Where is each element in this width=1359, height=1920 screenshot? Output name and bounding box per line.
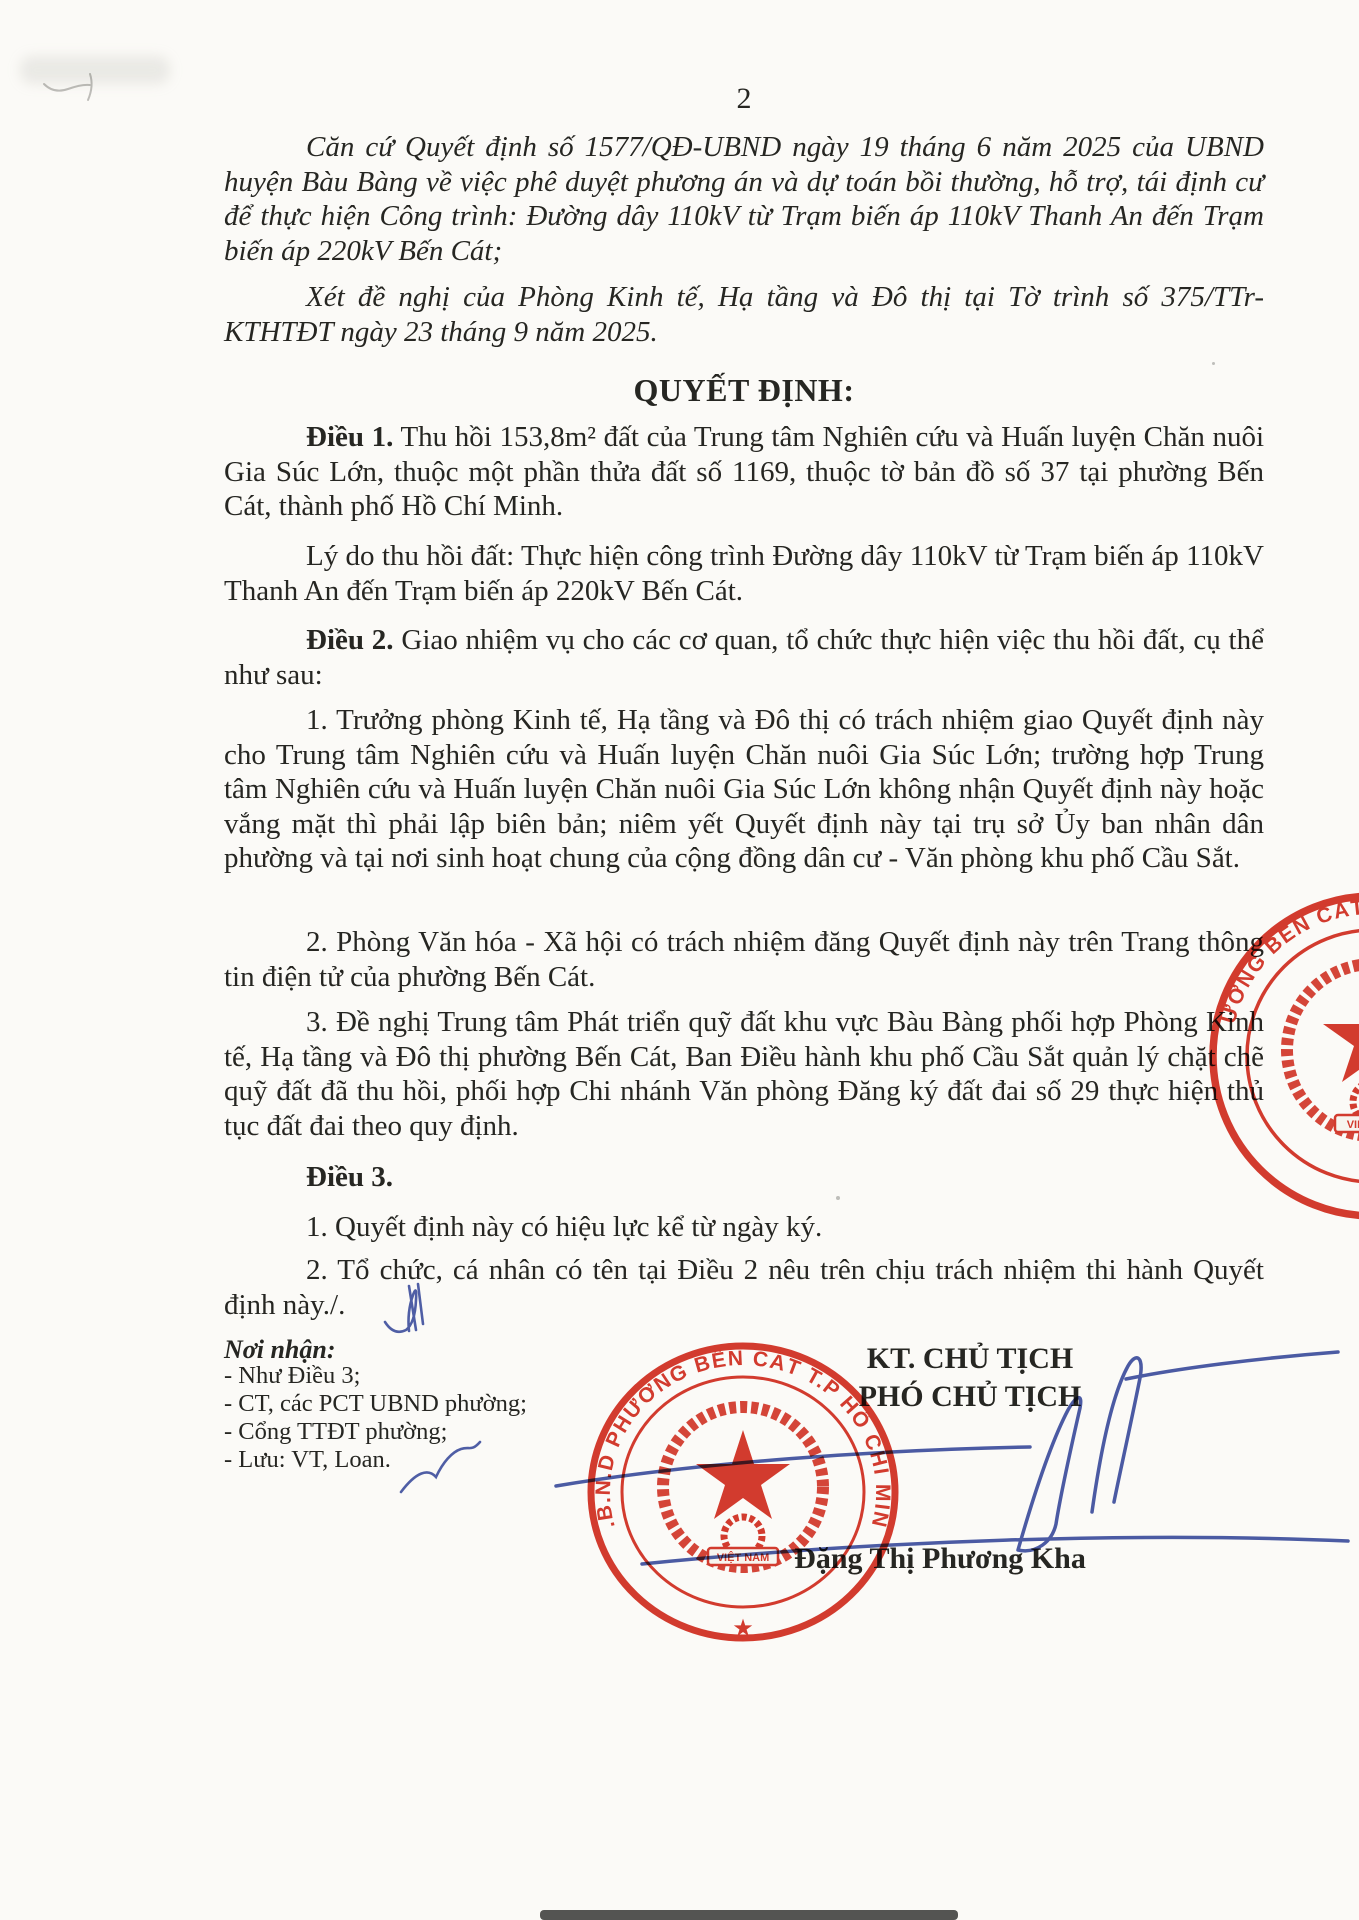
article-3-item-2-text: 2. Tổ chức, cá nhân có tên tại Điều 2 nê… [224, 1254, 1264, 1321]
page-number: 2 [224, 82, 1264, 116]
recipients-label: Nơi nhận: [224, 1335, 336, 1365]
article-1-label: Điều 1. [306, 421, 393, 453]
scan-edge-bar [540, 1910, 958, 1920]
article-1-reason: Lý do thu hồi đất: Thực hiện công trình … [224, 539, 1264, 608]
article-2-item-3: 3. Đề nghị Trung tâm Phát triển quỹ đất … [224, 1005, 1264, 1143]
recipient-item: - Lưu: VT, Loan. [224, 1446, 644, 1474]
article-2-item-1-text: 1. Trưởng phòng Kinh tế, Hạ tầng và Đô t… [224, 704, 1264, 874]
decision-title: QUYẾT ĐỊNH: [224, 372, 1264, 409]
recipient-item: - Cổng TTĐT phường; [224, 1418, 644, 1446]
article-2: Điều 2. Giao nhiệm vụ cho các cơ quan, t… [224, 623, 1264, 692]
preamble-text-1: Căn cứ Quyết định số 1577/QĐ-UBND ngày 1… [224, 131, 1264, 267]
article-2-item-1: 1. Trưởng phòng Kinh tế, Hạ tầng và Đô t… [224, 703, 1264, 876]
signer-name: Đặng Thị Phương Kha [750, 1542, 1130, 1576]
article-3: Điều 3. [224, 1160, 1264, 1195]
stamp-star-icon [696, 1430, 790, 1519]
scan-speck [1212, 362, 1215, 365]
article-2-item-2-text: 2. Phòng Văn hóa - Xã hội có trách nhiệm… [224, 926, 1264, 993]
scan-speck [836, 1196, 840, 1200]
recipient-item: - CT, các PCT UBND phường; [224, 1390, 644, 1418]
stamp-star-icon [1323, 988, 1359, 1082]
stamp-country-label: VIỆT NAM [1347, 1118, 1359, 1131]
signature-title-line1: KT. CHỦ TỊCH [780, 1340, 1160, 1378]
article-2-label: Điều 2. [306, 624, 394, 656]
recipient-item: - Như Điều 3; [224, 1362, 644, 1390]
article-1: Điều 1. Thu hồi 153,8m² đất của Trung tâ… [224, 420, 1264, 524]
preamble-text-2: Xét đề nghị của Phòng Kinh tế, Hạ tầng v… [224, 281, 1264, 348]
article-2-item-2: 2. Phòng Văn hóa - Xã hội có trách nhiệm… [224, 925, 1264, 994]
article-3-label: Điều 3. [306, 1161, 393, 1193]
article-2-item-3-text: 3. Đề nghị Trung tâm Phát triển quỹ đất … [224, 1006, 1264, 1142]
recipients-list: - Như Điều 3; - CT, các PCT UBND phường;… [224, 1362, 644, 1474]
article-3-item-2: 2. Tổ chức, cá nhân có tên tại Điều 2 nê… [224, 1253, 1264, 1322]
signature-titles: KT. CHỦ TỊCH PHÓ CHỦ TỊCH [780, 1340, 1160, 1416]
signature-title-line2: PHÓ CHỦ TỊCH [780, 1378, 1160, 1416]
article-3-item-1: 1. Quyết định này có hiệu lực kể từ ngày… [224, 1210, 1264, 1245]
pencil-smudge [20, 56, 170, 84]
article-1-reason-text: Lý do thu hồi đất: Thực hiện công trình … [224, 540, 1264, 607]
preamble-paragraph-2: Xét đề nghị của Phòng Kinh tế, Hạ tầng v… [224, 280, 1264, 349]
document-page: 2 Căn cứ Quyết định số 1577/QĐ-UBND ngày… [0, 0, 1359, 1920]
article-3-item-1-text: 1. Quyết định này có hiệu lực kể từ ngày… [306, 1211, 822, 1243]
preamble-paragraph-1: Căn cứ Quyết định số 1577/QĐ-UBND ngày 1… [224, 130, 1264, 268]
stamp-bottom-star-icon: ★ [732, 1616, 754, 1642]
